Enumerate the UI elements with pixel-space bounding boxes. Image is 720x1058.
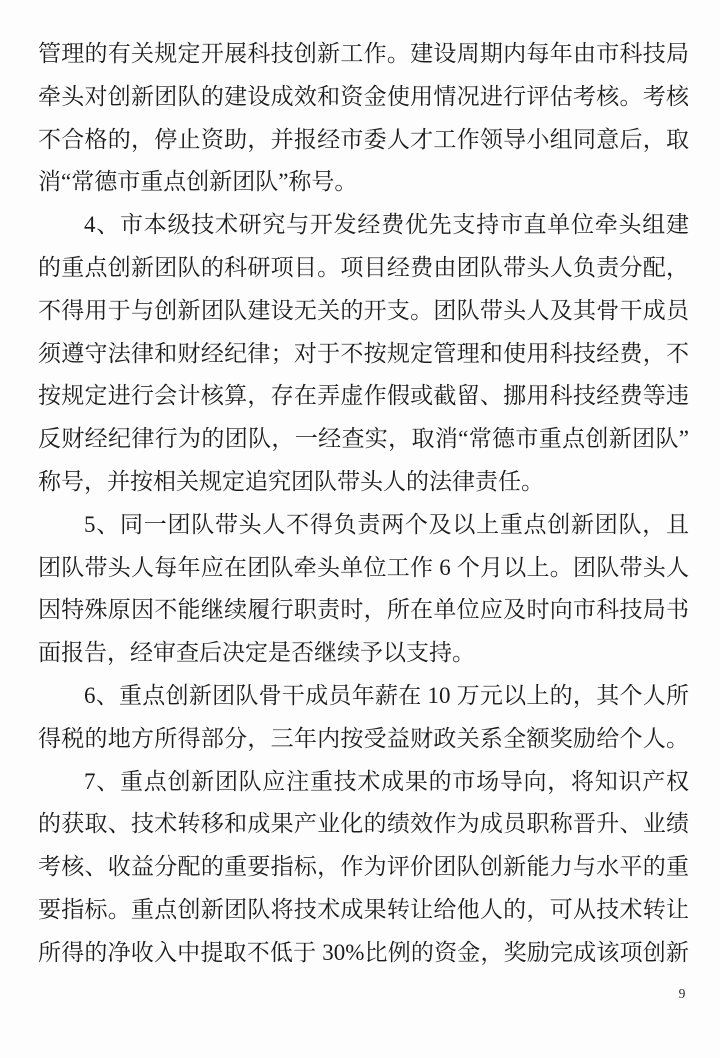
text-line: 6、重点创新团队骨干成员年薪在 10 万元以上的，其个人所	[38, 675, 689, 718]
document-page: 管理的有关规定开展科技创新工作。建设周期内每年由市科技局牵头对创新团队的建设成效…	[0, 0, 720, 1058]
text-line: 须遵守法律和财经纪律；对于不按规定管理和使用科技经费，不	[38, 333, 689, 376]
page-number: 9	[672, 984, 692, 1004]
text-line: 反财经纪律行为的团队，一经查实，取消“常德市重点创新团队”	[38, 418, 689, 461]
document-body: 管理的有关规定开展科技创新工作。建设周期内每年由市科技局牵头对创新团队的建设成效…	[38, 33, 689, 975]
text-line: 要指标。重点创新团队将技术成果转让给他人的，可从技术转让	[38, 889, 689, 932]
text-line: 5、同一团队带头人不得负责两个及以上重点创新团队，且	[38, 504, 689, 547]
text-line: 面报告，经审查后决定是否继续予以支持。	[38, 632, 689, 675]
text-line: 团队带头人每年应在团队牵头单位工作 6 个月以上。团队带头人	[38, 547, 689, 590]
text-line: 4、市本级技术研究与开发经费优先支持市直单位牵头组建	[38, 204, 689, 247]
text-line: 不得用于与创新团队建设无关的开支。团队带头人及其骨干成员	[38, 290, 689, 333]
text-line: 得税的地方所得部分，三年内按受益财政关系全额奖励给个人。	[38, 718, 689, 761]
text-line: 不合格的，停止资助，并报经市委人才工作领导小组同意后，取	[38, 119, 689, 162]
text-line: 牵头对创新团队的建设成效和资金使用情况进行评估考核。考核	[38, 76, 689, 119]
text-line: 管理的有关规定开展科技创新工作。建设周期内每年由市科技局	[38, 33, 689, 76]
text-line: 的重点创新团队的科研项目。项目经费由团队带头人负责分配，	[38, 247, 689, 290]
text-line: 消“常德市重点创新团队”称号。	[38, 161, 689, 204]
text-line: 称号，并按相关规定追究团队带头人的法律责任。	[38, 461, 689, 504]
text-line: 按规定进行会计核算，存在弄虚作假或截留、挪用科技经费等违	[38, 375, 689, 418]
text-line: 7、重点创新团队应注重技术成果的市场导向，将知识产权	[38, 761, 689, 804]
text-line: 考核、收益分配的重要指标，作为评价团队创新能力与水平的重	[38, 846, 689, 889]
text-line: 的获取、技术转移和成果产业化的绩效作为成员职称晋升、业绩	[38, 803, 689, 846]
text-line: 因特殊原因不能继续履行职责时，所在单位应及时向市科技局书	[38, 589, 689, 632]
text-line: 所得的净收入中提取不低于 30%比例的资金，奖励完成该项创新	[38, 932, 689, 975]
